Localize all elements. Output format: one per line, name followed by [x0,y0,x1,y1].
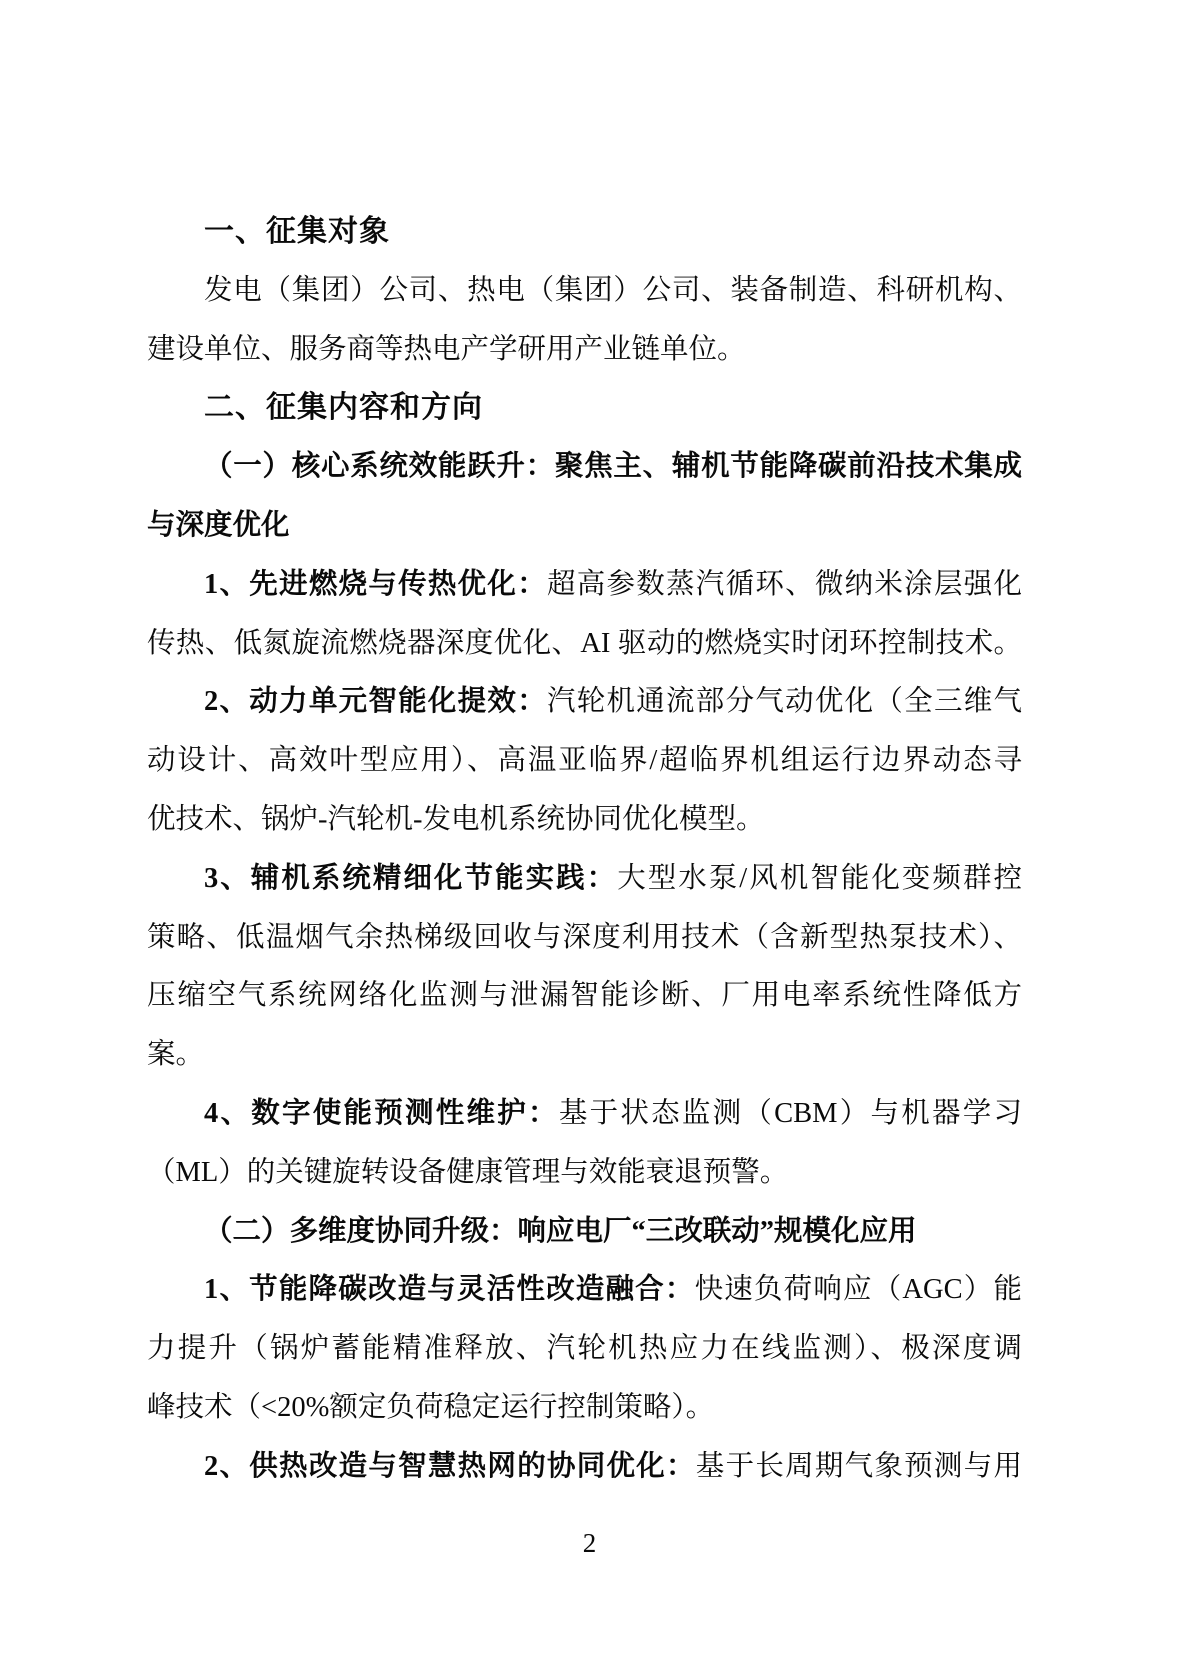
document-body: 一、征集对象发电（集团）公司、热电（集团）公司、装备制造、科研机构、建设单位、服… [147,203,1022,1497]
body-text: 策略、低温烟气余热梯级回收与深度利用技术（含新型热泵技术）、 [147,922,1022,953]
paragraph-collection-targets: 建设单位、服务商等热电产学研用产业链单位。 [147,321,1022,380]
numbered-item-1-4: （ML）的关键旋转设备健康管理与效能衰退预警。 [147,1144,1022,1203]
numbered-item-2-1: 力提升（锅炉蓄能精准释放、汽轮机热应力在线监测）、极深度调 [147,1320,1022,1379]
emphasis-text: 3、辅机系统精细化节能实践： [204,863,617,894]
emphasis-text: 1、节能降碳改造与灵活性改造融合： [204,1274,695,1305]
heading-text: 二、征集内容和方向 [204,391,483,424]
document-page: 一、征集对象发电（集团）公司、热电（集团）公司、装备制造、科研机构、建设单位、服… [0,0,1179,1677]
body-text: 峰技术（<20%额定负荷稳定运行控制策略）。 [147,1392,714,1423]
numbered-item-2-1: 1、节能降碳改造与灵活性改造融合：快速负荷响应（AGC）能 [147,1261,1022,1320]
numbered-item-1-3: 3、辅机系统精细化节能实践：大型水泵/风机智能化变频群控 [147,850,1022,909]
sub-heading-part-1: （一）核心系统效能跃升：聚焦主、辅机节能降碳前沿技术集成 [147,438,1022,497]
numbered-item-1-4: 4、数字使能预测性维护：基于状态监测（CBM）与机器学习 [147,1085,1022,1144]
body-text: （ML）的关键旋转设备健康管理与效能衰退预警。 [147,1157,788,1188]
numbered-item-1-1: 1、先进燃烧与传热优化：超高参数蒸汽循环、微纳米涂层强化 [147,556,1022,615]
section-heading-1: 一、征集对象 [147,203,1022,262]
heading-text: 一、征集对象 [204,215,390,248]
numbered-item-1-2: 优技术、锅炉-汽轮机-发电机系统协同优化模型。 [147,791,1022,850]
body-text: 建设单位、服务商等热电产学研用产业链单位。 [147,334,746,365]
section-heading-2: 二、征集内容和方向 [147,379,1022,438]
body-text: 大型水泵/风机智能化变频群控 [617,863,1022,894]
paragraph-collection-targets: 发电（集团）公司、热电（集团）公司、装备制造、科研机构、 [147,262,1022,321]
numbered-item-1-3: 策略、低温烟气余热梯级回收与深度利用技术（含新型热泵技术）、 [147,909,1022,968]
body-text: 快速负荷响应（AGC）能 [695,1274,1022,1305]
numbered-item-1-3: 案。 [147,1026,1022,1085]
page-number: 2 [0,1528,1179,1559]
body-text: 超高参数蒸汽循环、微纳米涂层强化 [547,569,1022,600]
emphasis-text: 1、先进燃烧与传热优化： [204,569,547,600]
body-text: 压缩空气系统网络化监测与泄漏智能诊断、厂用电率系统性降低方 [147,980,1022,1011]
numbered-item-2-1: 峰技术（<20%额定负荷稳定运行控制策略）。 [147,1379,1022,1438]
numbered-item-1-3: 压缩空气系统网络化监测与泄漏智能诊断、厂用电率系统性降低方 [147,967,1022,1026]
sub-heading-part-1: 与深度优化 [147,497,1022,556]
body-text: 发电（集团）公司、热电（集团）公司、装备制造、科研机构、 [204,275,1022,306]
body-text: 优技术、锅炉-汽轮机-发电机系统协同优化模型。 [147,804,764,835]
numbered-item-1-2: 2、动力单元智能化提效：汽轮机通流部分气动优化（全三维气 [147,673,1022,732]
numbered-item-1-2: 动设计、高效叶型应用）、高温亚临界/超临界机组运行边界动态寻 [147,732,1022,791]
sub-heading-part-2: （二）多维度协同升级：响应电厂“三改联动”规模化应用 [147,1203,1022,1262]
emphasis-text: （一）核心系统效能跃升：聚焦主、辅机节能降碳前沿技术集成 [204,451,1022,482]
emphasis-text: 2、动力单元智能化提效： [204,686,547,717]
body-text: 传热、低氮旋流燃烧器深度优化、AI 驱动的燃烧实时闭环控制技术。 [147,628,1022,659]
emphasis-text: 2、供热改造与智慧热网的协同优化： [204,1451,696,1482]
body-text: 力提升（锅炉蓄能精准释放、汽轮机热应力在线监测）、极深度调 [147,1333,1022,1364]
emphasis-text: 与深度优化 [147,510,290,541]
emphasis-text: （二）多维度协同升级：响应电厂“三改联动”规模化应用 [204,1216,917,1247]
body-text: 汽轮机通流部分气动优化（全三维气 [547,686,1022,717]
emphasis-text: 4、数字使能预测性维护： [204,1098,559,1129]
body-text: 案。 [147,1039,204,1070]
body-text: 动设计、高效叶型应用）、高温亚临界/超临界机组运行边界动态寻 [147,745,1022,776]
numbered-item-2-2: 2、供热改造与智慧热网的协同优化：基于长周期气象预测与用 [147,1438,1022,1497]
numbered-item-1-1: 传热、低氮旋流燃烧器深度优化、AI 驱动的燃烧实时闭环控制技术。 [147,615,1022,674]
body-text: 基于长周期气象预测与用 [696,1451,1022,1482]
body-text: 基于状态监测（CBM）与机器学习 [559,1098,1022,1129]
